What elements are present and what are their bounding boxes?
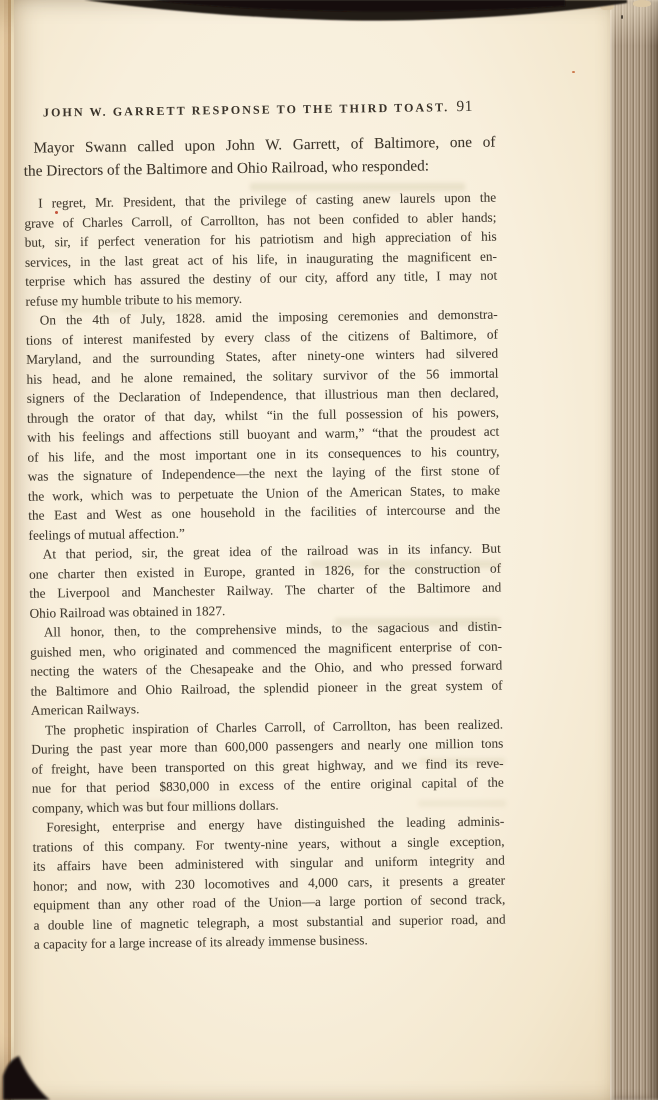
paragraph: The prophetic inspiration of Charles Car…: [31, 714, 504, 818]
paper-curl: [633, 0, 651, 7]
adjacent-page-edge: [0, 0, 14, 1100]
paragraph: On the 4th of July, 1828. amid the impos…: [26, 305, 501, 545]
paragraph: All honor, then, to the comprehensive mi…: [30, 617, 503, 721]
running-header-title: JOHN W. GARRETT RESPONSE TO THE THIRD TO…: [43, 100, 450, 120]
speech-paragraphs: I regret, Mr. President, that the privil…: [24, 188, 506, 955]
paper-curl: [600, 2, 614, 10]
page-content: JOHN W. GARRETT RESPONSE TO THE THIRD TO…: [22, 0, 508, 1100]
page-edge-highlight: [610, 0, 658, 46]
book-page-edges: [610, 0, 658, 1100]
orange-speck: [572, 71, 575, 73]
page-number: 91: [456, 98, 473, 116]
intro-paragraph: Mayor Swann called upon John W. Garrett,…: [23, 131, 496, 183]
text-line: the Directors of the Baltimore and Ohio …: [24, 154, 496, 183]
paper-curl: [576, 0, 598, 9]
paragraph: Foresight, enterprise and energy have di…: [32, 812, 506, 955]
dark-speck: [621, 15, 623, 19]
paragraph: I regret, Mr. President, that the privil…: [24, 188, 497, 311]
paragraph: At that period, sir, the great idea of t…: [29, 539, 502, 623]
scanned-book-page: JOHN W. GARRETT RESPONSE TO THE THIRD TO…: [0, 0, 658, 1100]
running-header-row: JOHN W. GARRETT RESPONSE TO THE THIRD TO…: [43, 98, 473, 122]
